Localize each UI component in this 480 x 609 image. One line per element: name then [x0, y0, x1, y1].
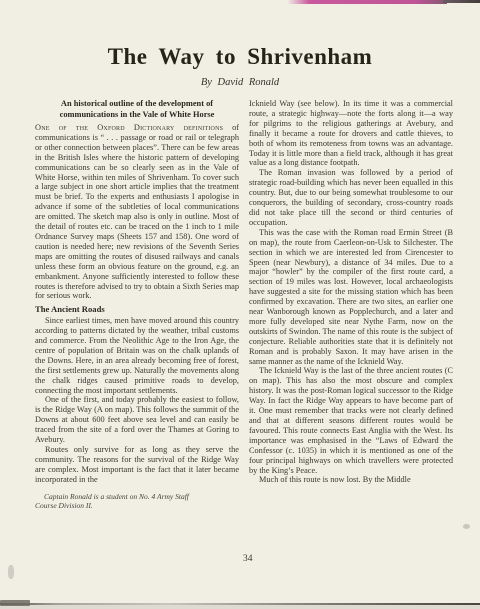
paragraph: Much of this route is now lost. By the M… [249, 475, 453, 485]
author-footnote: Captain Ronald is a student on No. 4 Arm… [35, 492, 239, 510]
right-column: Icknield Way (see below). In its time it… [249, 99, 453, 510]
paragraph: The Roman invasion was followed by a per… [249, 168, 453, 227]
paragraph: Routes only survive for as long as they … [35, 445, 239, 485]
scan-edge-artifact-bottom-line [0, 603, 480, 605]
section-subheading: The Ancient Roads [35, 305, 239, 315]
smallcaps-lead: One of the Oxford Dictionary definitions [35, 123, 223, 132]
article-title: The Way to Shrivenham [0, 44, 480, 70]
article-subtitle-heading: An historical outline of the development… [35, 99, 239, 120]
footnote-line: Captain Ronald is a student on No. 4 Arm… [35, 492, 239, 501]
two-column-body: An historical outline of the development… [0, 99, 480, 510]
paragraph: Icknield Way (see below). In its time it… [249, 99, 453, 168]
paragraph: One of the first, and today probably the… [35, 395, 239, 445]
scan-edge-artifact-bottom-corner [0, 600, 30, 606]
paragraph: One of the Oxford Dictionary definitions… [35, 123, 239, 301]
document-page: The Way to Shrivenham By David Ronald An… [0, 0, 480, 609]
paragraph: This was the case with the Roman road Er… [249, 228, 453, 367]
paragraph: The Icknield Way is the last of the thre… [249, 366, 453, 475]
byline: By David Ronald [0, 77, 480, 88]
scan-edge-artifact-bottom [0, 605, 480, 609]
footnote-line: Course Division II. [35, 501, 239, 510]
scan-smudge [8, 565, 14, 579]
paragraph-text: of communications is “ . . . passage or … [35, 123, 239, 300]
scan-edge-artifact-top-pink [287, 0, 447, 4]
scan-edge-artifact-top-dark [443, 0, 480, 3]
page-number: 34 [243, 554, 253, 564]
scan-smudge [463, 524, 470, 529]
left-column: An historical outline of the development… [35, 99, 239, 510]
paragraph: Since earliest times, men have moved aro… [35, 316, 239, 395]
